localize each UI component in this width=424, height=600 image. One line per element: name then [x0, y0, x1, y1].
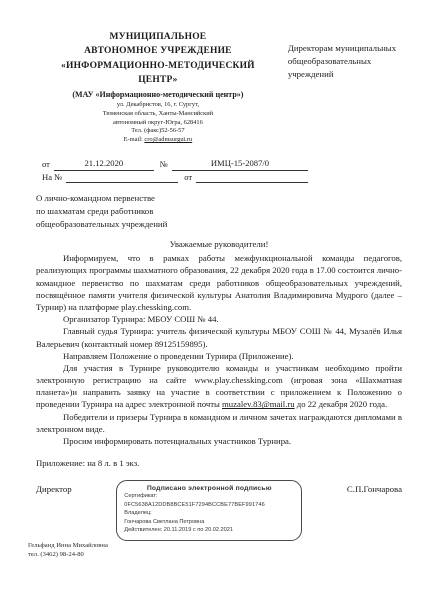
subject-line: по шахматам среди работников — [36, 205, 246, 218]
letterhead: МУНИЦИПАЛЬНОЕ АВТОНОМНОЕ УЧРЕЖДЕНИЕ «ИНФ… — [36, 30, 402, 145]
salutation: Уважаемые руководители! — [36, 239, 402, 249]
body-paragraph: Направляем Положение о проведении Турнир… — [36, 350, 402, 362]
signature-row: Директор Подписано электронной подписью … — [36, 480, 402, 541]
body-paragraph: Информируем, что в рамках работы межфунк… — [36, 252, 402, 313]
ref-reply-date-blank — [196, 182, 308, 183]
reference-row-reply: На № от — [36, 171, 308, 183]
org-address-line: автономный округ-Югра, 628416 — [36, 119, 280, 128]
reference-row-out: от 21.12.2020 № ИМЦ-15-2087/0 — [36, 157, 308, 170]
ref-reply-from-label: от — [178, 171, 196, 183]
org-address: ул. Декабристов, 16, г. Сургут, Тюменска… — [36, 101, 280, 145]
stamp-title: Подписано электронной подписью — [124, 485, 294, 492]
org-title-line: «ИНФОРМАЦИОННО-МЕТОДИЧЕСКИЙ — [36, 59, 280, 73]
org-address-line: ул. Декабристов, 16, г. Сургут, — [36, 101, 280, 110]
signature-name: С.П.Гончарова — [347, 480, 402, 494]
letter-page: МУНИЦИПАЛЬНОЕ АВТОНОМНОЕ УЧРЕЖДЕНИЕ «ИНФ… — [0, 0, 424, 600]
executor-footer: Гельфанд Инна Михайловна тел. (3462) 98-… — [28, 541, 108, 560]
body-paragraph: Победители и призеры Турнира в командном… — [36, 411, 402, 435]
stamp-cert-label: Сертификат: — [124, 493, 294, 501]
signature-position: Директор — [36, 480, 72, 494]
stamp-owner-name: Гончарова Светлана Петровна — [124, 519, 294, 527]
recipient-block: Директорам муниципальных общеобразовател… — [288, 30, 402, 145]
org-title: МУНИЦИПАЛЬНОЕ АВТОНОМНОЕ УЧРЕЖДЕНИЕ «ИНФ… — [36, 30, 280, 87]
org-short-name: (МАУ «Информационно-методический центр») — [36, 90, 280, 99]
org-email-link[interactable]: cro@admsurgut.ru — [144, 136, 192, 143]
org-email-line: E-mail: cro@admsurgut.ru — [36, 136, 280, 145]
org-title-line: ЦЕНТР» — [36, 73, 280, 87]
executor-phone: тел. (3462) 98-24-80 — [28, 550, 108, 560]
subject-line: общеобразовательных учреждений — [36, 218, 246, 231]
stamp-owner-label: Владелец: — [124, 510, 294, 518]
body-paragraph: Главный судья Турнира: учитель физическо… — [36, 325, 402, 349]
letter-body: Информируем, что в рамках работы межфунк… — [36, 252, 402, 447]
attachment-note: Приложение: на 8 л. в 1 экз. — [36, 458, 402, 468]
org-address-line: Тел. (факс)52-56-57 — [36, 127, 280, 136]
body-text: до 22 декабря 2020 года. — [295, 399, 388, 409]
org-block: МУНИЦИПАЛЬНОЕ АВТОНОМНОЕ УЧРЕЖДЕНИЕ «ИНФ… — [36, 30, 280, 145]
ref-number: ИМЦ-15-2087/0 — [172, 157, 308, 170]
stamp-cert-number: 0FC5638A12DDB8BCE51F7294BCCBE77BEF991746 — [124, 502, 294, 510]
body-paragraph: Просим информировать потенциальных участ… — [36, 435, 402, 447]
ref-date: 21.12.2020 — [54, 157, 154, 170]
contact-email-link[interactable]: muzalev.83@mail.ru — [222, 399, 295, 409]
org-address-line: Тюменская область, Ханты-Мансийский — [36, 110, 280, 119]
org-title-line: АВТОНОМНОЕ УЧРЕЖДЕНИЕ — [36, 44, 280, 58]
executor-name: Гельфанд Инна Михайловна — [28, 541, 108, 551]
stamp-validity: Действителен: 20.11.2019 с по 20.02.2021 — [124, 527, 294, 535]
org-title-line: МУНИЦИПАЛЬНОЕ — [36, 30, 280, 44]
ref-from-label: от — [36, 158, 54, 170]
reference-block: от 21.12.2020 № ИМЦ-15-2087/0 На № от — [36, 157, 308, 183]
subject-line: О лично-командном первенстве — [36, 192, 246, 205]
email-label: E-mail: — [124, 136, 143, 143]
digital-signature-stamp: Подписано электронной подписью Сертифика… — [116, 480, 302, 541]
ref-reply-number-blank — [66, 182, 178, 183]
body-paragraph: Для участия в Турнире руководителю коман… — [36, 362, 402, 411]
ref-number-label: № — [154, 158, 172, 170]
body-paragraph: Организатор Турнира: МБОУ СОШ № 44. — [36, 313, 402, 325]
subject-block: О лично-командном первенстве по шахматам… — [36, 192, 246, 230]
ref-reply-label: На № — [36, 171, 66, 183]
